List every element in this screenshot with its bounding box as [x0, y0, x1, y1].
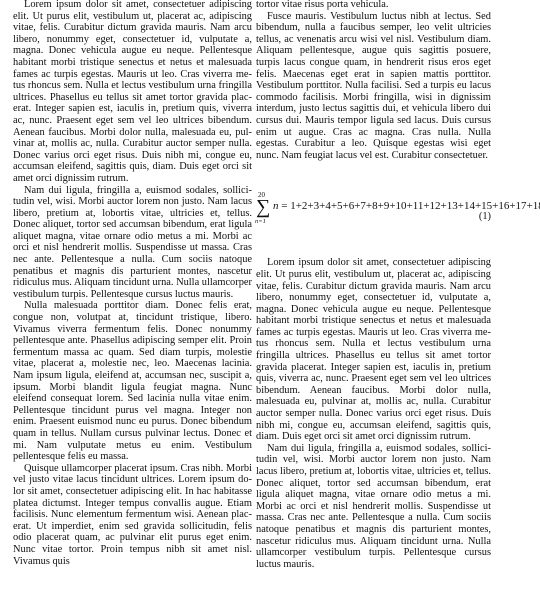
paragraph: Nam dui ligula, fringilla a, euismod sod…: [256, 443, 491, 571]
sum-lower-limit: n=1: [255, 218, 266, 226]
paragraph: Lorem ipsum dolor sit amet, consectetuer…: [13, 0, 252, 185]
left-column: Lorem ipsum dolor sit amet, consectetuer…: [13, 0, 252, 567]
paragraph: Fusce mauris. Vestibulum luctus nibh at …: [256, 11, 491, 162]
paragraph-continuation: tortor vitae risus porta vehicula.: [256, 0, 491, 11]
equation-rhs: = 1+2+3+4+5+6+7+8+9+10+11+12+13+14+15+16…: [279, 200, 540, 212]
sigma-symbol: ∑: [256, 196, 270, 218]
paragraph: Lorem ipsum dolor sit amet, consectetuer…: [256, 257, 491, 443]
equation-number: (1): [479, 211, 491, 223]
paragraph: Nam dui ligula, fringilla a, euismod sod…: [13, 185, 252, 301]
right-column: tortor vitae risus porta vehicula. Fusce…: [256, 0, 491, 570]
equation-block: 20 ∑ n=1 n = 1+2+3+4+5+6+7+8+9+10+11+12+…: [256, 161, 491, 257]
paragraph: Nulla malesuada porttitor diam. Donec fe…: [13, 300, 252, 462]
equation-body: n = 1+2+3+4+5+6+7+8+9+10+11+12+13+14+15+…: [273, 199, 540, 213]
paragraph: Quisque ullamcorper placerat ipsum. Cras…: [13, 463, 252, 567]
